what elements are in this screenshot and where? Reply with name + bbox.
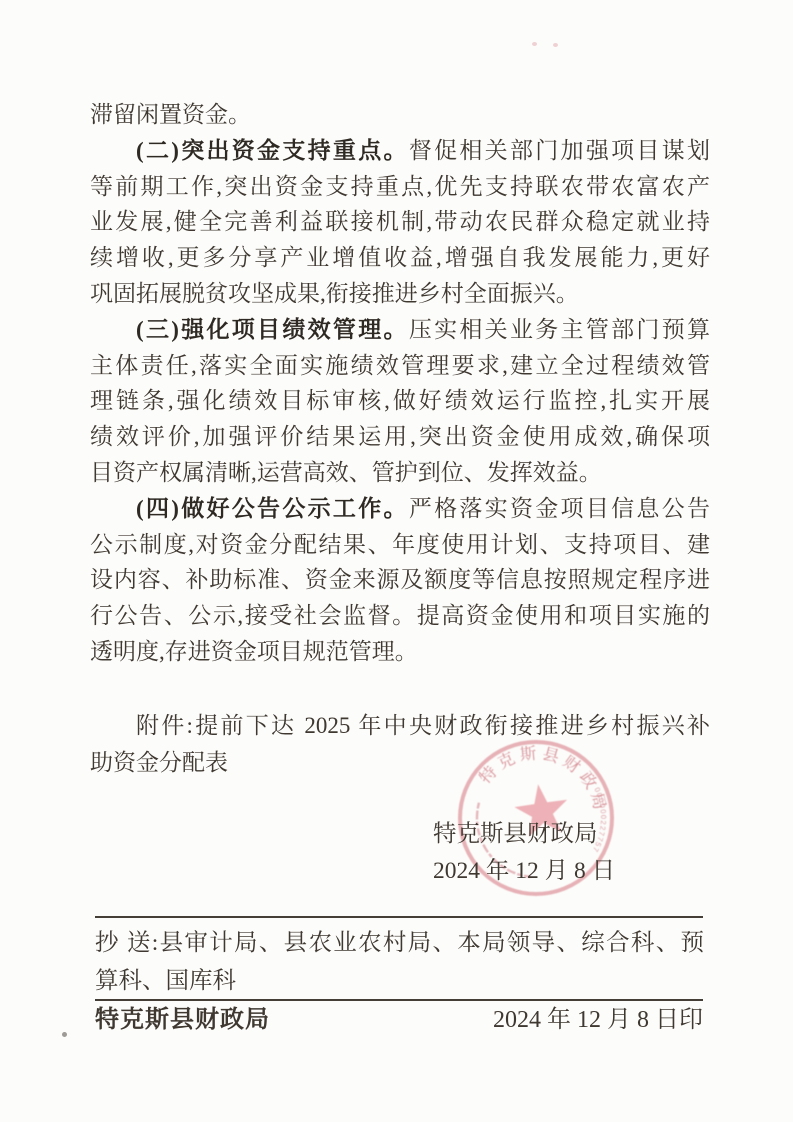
body-line: (二)突出资金支持重点。督促相关部门加强项目谋划 bbox=[90, 133, 710, 169]
signature-block: 特克斯县财政局 2024 年 12 月 8 日 bbox=[433, 816, 615, 889]
section-heading: (三)强化项目绩效管理。 bbox=[136, 317, 409, 342]
body-line: 等前期工作,突出资金支持重点,优先支持联农带农富农产 bbox=[90, 169, 710, 205]
body-line: (三)强化项目绩效管理。压实相关业务主管部门预算 bbox=[90, 312, 710, 348]
separator-rule bbox=[95, 999, 703, 1001]
section-heading: (四)做好公告公示工作。 bbox=[136, 496, 409, 521]
body-text: 督促相关部门加强项目谋划 bbox=[409, 138, 710, 163]
body-line: 主体责任,落实全面实施绩效管理要求,建立全过程绩效管 bbox=[90, 348, 710, 384]
document-page: 滞留闲置资金。 (二)突出资金支持重点。督促相关部门加强项目谋划 等前期工作,突… bbox=[0, 0, 793, 1122]
body-line: 续增收,更多分享产业增值收益,增强自我发展能力,更好 bbox=[90, 240, 710, 276]
body-line: 理链条,强化绩效目标审核,做好绩效运行监控,扎实开展 bbox=[90, 383, 710, 419]
body-line: 巩固拓展脱贫攻坚成果,衔接推进乡村全面振兴。 bbox=[90, 276, 710, 312]
colophon-row: 特克斯县财政局 2024 年 12 月 8 日印 bbox=[95, 1003, 703, 1037]
signature-date: 2024 年 12 月 8 日 bbox=[433, 853, 615, 890]
body-line: 滞留闲置资金。 bbox=[90, 97, 710, 133]
body-text: 压实相关业务主管部门预算 bbox=[409, 317, 710, 342]
document-body: 滞留闲置资金。 (二)突出资金支持重点。督促相关部门加强项目谋划 等前期工作,突… bbox=[90, 97, 710, 670]
print-date: 2024 年 12 月 8 日印 bbox=[493, 1003, 703, 1037]
cc-line: 算科、国库科 bbox=[95, 963, 704, 1001]
body-line: 目资产权属清晰,运营高效、管护到位、发挥效益。 bbox=[90, 455, 710, 491]
scan-speck bbox=[553, 43, 558, 47]
scan-speck bbox=[62, 1032, 67, 1037]
issuer-name: 特克斯县财政局 bbox=[95, 1003, 270, 1037]
section-heading: (二)突出资金支持重点。 bbox=[136, 138, 409, 163]
cc-block: 抄 送:县审计局、县农业农村局、本局领导、综合科、预 算科、国库科 bbox=[95, 925, 704, 1000]
body-line: 透明度,存进资金项目规范管理。 bbox=[90, 634, 710, 670]
scan-speck bbox=[532, 42, 537, 46]
body-line: 业发展,健全完善利益联接机制,带动农民群众稳定就业持 bbox=[90, 204, 710, 240]
signature-agency: 特克斯县财政局 bbox=[433, 816, 615, 853]
body-line: 公示制度,对资金分配结果、年度使用计划、支持项目、建 bbox=[90, 527, 710, 563]
body-line: (四)做好公告公示工作。严格落实资金项目信息公告 bbox=[90, 491, 710, 527]
body-text: 严格落实资金项目信息公告 bbox=[409, 496, 710, 521]
separator-rule bbox=[95, 916, 703, 918]
body-line: 设内容、补助标准、资金来源及额度等信息按照规定程序进 bbox=[90, 562, 710, 598]
body-line: 行公告、公示,接受社会监督。提高资金使用和项目实施的 bbox=[90, 598, 710, 634]
cc-line: 抄 送:县审计局、县农业农村局、本局领导、综合科、预 bbox=[95, 925, 704, 963]
body-line: 绩效评价,加强评价结果运用,突出资金使用成效,确保项 bbox=[90, 419, 710, 455]
